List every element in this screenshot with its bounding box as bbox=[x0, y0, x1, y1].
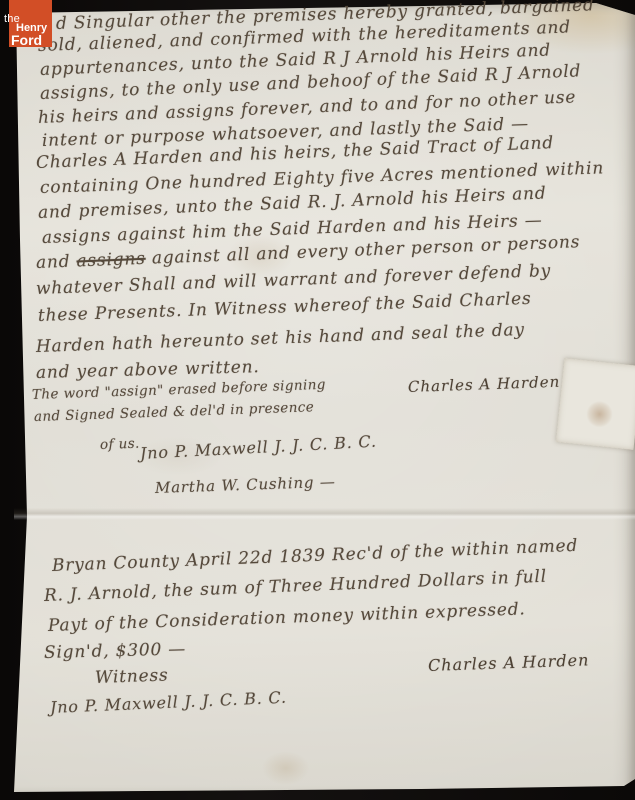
henry-ford-logo: the Henry Ford bbox=[0, 0, 60, 52]
logo-ford: Ford bbox=[11, 32, 42, 48]
struck-line-pre: and bbox=[36, 251, 77, 273]
receipt-amount: Sign'd, $300 — bbox=[44, 639, 187, 663]
witness-intro: of us. bbox=[100, 436, 140, 453]
receipt-witness-label: Witness bbox=[95, 665, 169, 688]
document-scan: the Henry Ford d Singular other the prem… bbox=[0, 0, 635, 800]
fold-crease bbox=[14, 508, 635, 520]
seal-remnant bbox=[556, 358, 635, 450]
strikethrough-word: assigns bbox=[76, 249, 146, 272]
